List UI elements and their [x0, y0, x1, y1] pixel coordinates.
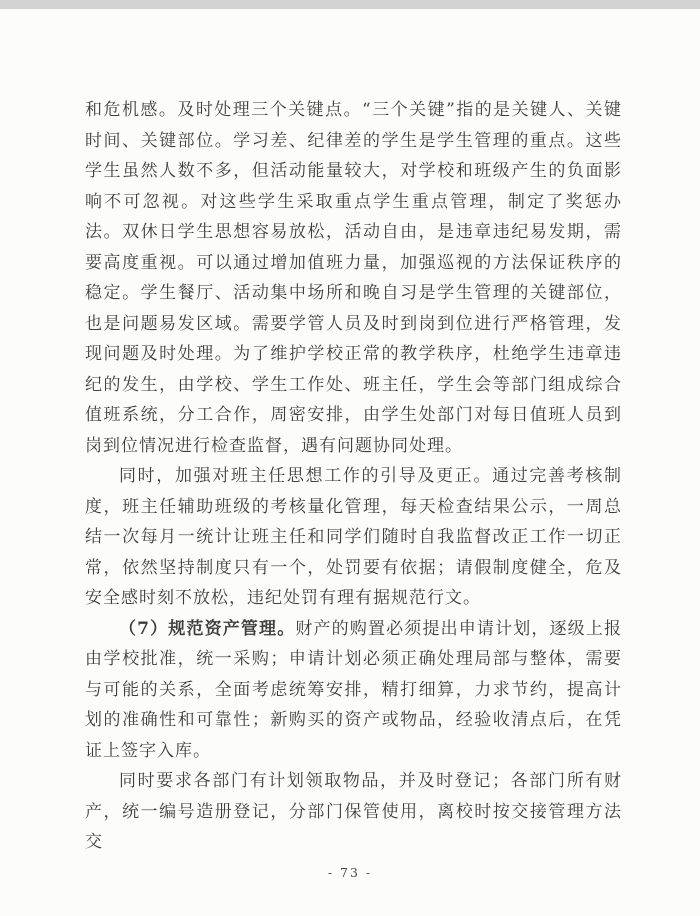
paragraph-text: 和危机感。及时处理三个关键点。“三个关键”指的是关键人、关键时间、关键部位。学习…: [85, 100, 622, 456]
paragraph-text: 同时要求各部门有计划领取物品，并及时登记；各部门所有财产，统一编号造册登记，分部…: [85, 771, 622, 852]
page-body-text: 和危机感。及时处理三个关键点。“三个关键”指的是关键人、关键时间、关键部位。学习…: [0, 9, 700, 858]
paragraph-text: 同时，加强对班主任思想工作的引导及更正。通过完善考核制度，班主任辅助班级的考核量…: [85, 466, 622, 608]
paragraph-section-7: （7）规范资产管理。财产的购置必须提出申请计划，逐级上报由学校批准，统一采购；申…: [85, 614, 622, 767]
scan-top-edge-bar: [0, 0, 700, 9]
page-number: - 73 -: [0, 865, 700, 880]
paragraph: 同时要求各部门有计划领取物品，并及时登记；各部门所有财产，统一编号造册登记，分部…: [85, 766, 622, 858]
paragraph: 和危机感。及时处理三个关键点。“三个关键”指的是关键人、关键时间、关键部位。学习…: [85, 95, 622, 461]
paragraph: 同时，加强对班主任思想工作的引导及更正。通过完善考核制度，班主任辅助班级的考核量…: [85, 461, 622, 614]
document-page: 和危机感。及时处理三个关键点。“三个关键”指的是关键人、关键时间、关键部位。学习…: [0, 0, 700, 916]
paragraph-text: 财产的购置必须提出申请计划，逐级上报由学校批准，统一采购；申请计划必须正确处理局…: [85, 619, 622, 761]
section-heading-bold: （7）规范资产管理。: [119, 619, 295, 639]
